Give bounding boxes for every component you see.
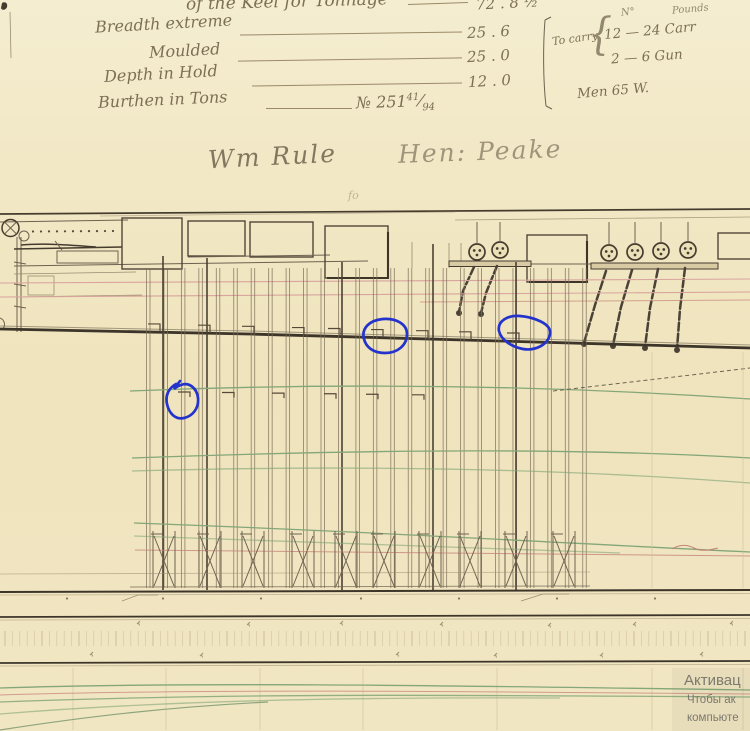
- scale-figure-mark: [247, 622, 250, 627]
- deadeye-hole: [605, 250, 608, 253]
- deadeye-hole: [476, 254, 479, 257]
- waterline-step-mark: [178, 392, 190, 397]
- annotation-circle-forward: [166, 381, 198, 418]
- waterline-step-mark: [366, 394, 378, 399]
- bulwark-detail: [14, 247, 368, 297]
- cross-brace-x: [420, 536, 440, 586]
- scale-figure-mark: [730, 621, 733, 626]
- bulwark-dot: [40, 230, 42, 232]
- bulwark-dot: [88, 230, 90, 232]
- keel-dot: [556, 597, 558, 599]
- deadeye-hole: [687, 252, 690, 255]
- scale-figure-mark: [494, 653, 497, 658]
- deadeye-hole: [499, 252, 502, 255]
- deadeye-hole: [636, 249, 639, 252]
- frame-line: [408, 268, 412, 588]
- scale-figure-mark: [700, 652, 703, 657]
- scale-figure-mark: [633, 622, 636, 627]
- bulwark-dot: [72, 230, 74, 232]
- ship-plan-drawing: [0, 0, 750, 731]
- deadeye-hole: [501, 247, 504, 250]
- frame-line: [496, 268, 500, 588]
- deadeye-hole: [473, 249, 476, 252]
- frame-line: [181, 268, 185, 588]
- deadeye-hole: [684, 247, 687, 250]
- hull-rail: [0, 209, 750, 222]
- cross-brace-x: [293, 536, 313, 586]
- frame-line: [269, 268, 273, 588]
- bulwark-dot: [56, 230, 58, 232]
- ship-draught-scan: of the Keel for Tonnage 72 . 8 ½ Breadth…: [0, 0, 750, 731]
- deadeye-hole: [689, 247, 692, 250]
- bulwark-dot: [104, 230, 106, 232]
- waterlines-green: [130, 368, 750, 553]
- halfbreadth-curves: [0, 685, 750, 730]
- frame-line: [147, 268, 151, 588]
- frame-line: [565, 268, 569, 588]
- deadeye-hole: [657, 248, 660, 251]
- annotation-circle-midship: [363, 319, 407, 353]
- watermark-line-3: компьюте: [687, 712, 739, 724]
- waterline-step-mark: [222, 393, 234, 398]
- frame-line: [356, 268, 360, 588]
- bulwark-dot-row: [32, 230, 114, 233]
- deadeye-hole: [662, 248, 665, 251]
- deadeye-hole: [478, 249, 481, 252]
- waterline-step-mark: [412, 395, 424, 400]
- keel-dot: [458, 597, 460, 599]
- bulwark-dot: [32, 230, 34, 232]
- bulwark-dot: [80, 230, 82, 232]
- cross-brace-x: [554, 536, 574, 586]
- keel-dot: [66, 597, 68, 599]
- watermark-title: Активац: [684, 672, 741, 689]
- cross-brace-x: [200, 536, 220, 586]
- deadeye-row: [469, 222, 696, 261]
- frame-line: [426, 268, 430, 588]
- scale-figure-mark: [137, 621, 140, 626]
- annotation-circle-aft: [499, 316, 550, 349]
- deadeye-icon: [601, 245, 617, 261]
- channels: [449, 261, 718, 269]
- scale-figure-mark: [396, 652, 399, 657]
- corner-marks: [1, 2, 11, 58]
- frame-line: [321, 268, 325, 588]
- dimension-bracket: [544, 17, 552, 109]
- scale-figure-mark: [90, 652, 93, 657]
- keel-tick-marks: [66, 597, 733, 657]
- deadeye-hole: [608, 255, 611, 258]
- deadeye-hole: [496, 247, 499, 250]
- deadeye-icon: [492, 242, 508, 258]
- scale-ruler-ticks: [5, 631, 745, 646]
- frame-line: [304, 268, 308, 588]
- scale-figure-mark: [600, 653, 603, 658]
- frame-line: [548, 268, 552, 588]
- deadeye-icon: [469, 244, 485, 260]
- deadeye-icon: [627, 244, 643, 260]
- waterline-step-mark: [324, 394, 336, 399]
- deadeye-hole: [660, 253, 663, 256]
- bulwark-dot: [48, 230, 50, 232]
- deadeye-hole: [634, 254, 637, 257]
- keel-dot: [162, 597, 164, 599]
- waterline-step-mark: [272, 393, 284, 398]
- scale-figure-mark: [548, 623, 551, 628]
- frame-line: [164, 268, 168, 588]
- deadeye-icon: [653, 243, 669, 259]
- bulwark-dot: [64, 230, 66, 232]
- keel-dot: [654, 597, 656, 599]
- cross-brace-x: [243, 536, 263, 586]
- watermark-line-2: Чтобы ак: [687, 694, 736, 706]
- frame-line: [583, 268, 587, 588]
- scale-figure-mark: [340, 621, 343, 626]
- bulwark-dot: [96, 230, 98, 232]
- keel-band: [0, 572, 750, 666]
- bulwark-dot: [112, 230, 114, 232]
- scale-figure-mark: [200, 653, 203, 658]
- deadeye-icon: [680, 242, 696, 258]
- deadeye-hole: [631, 249, 634, 252]
- frame-line: [286, 268, 290, 588]
- cross-brace-x: [460, 536, 480, 586]
- waterlines-pink: [0, 279, 750, 302]
- keel-dot: [360, 597, 362, 599]
- annotation-circles: [166, 316, 550, 418]
- scale-figure-mark: [440, 622, 443, 627]
- frame-line: [443, 268, 447, 588]
- frame-line: [530, 268, 534, 588]
- keel-dot: [260, 597, 262, 599]
- deadeye-hole: [610, 250, 613, 253]
